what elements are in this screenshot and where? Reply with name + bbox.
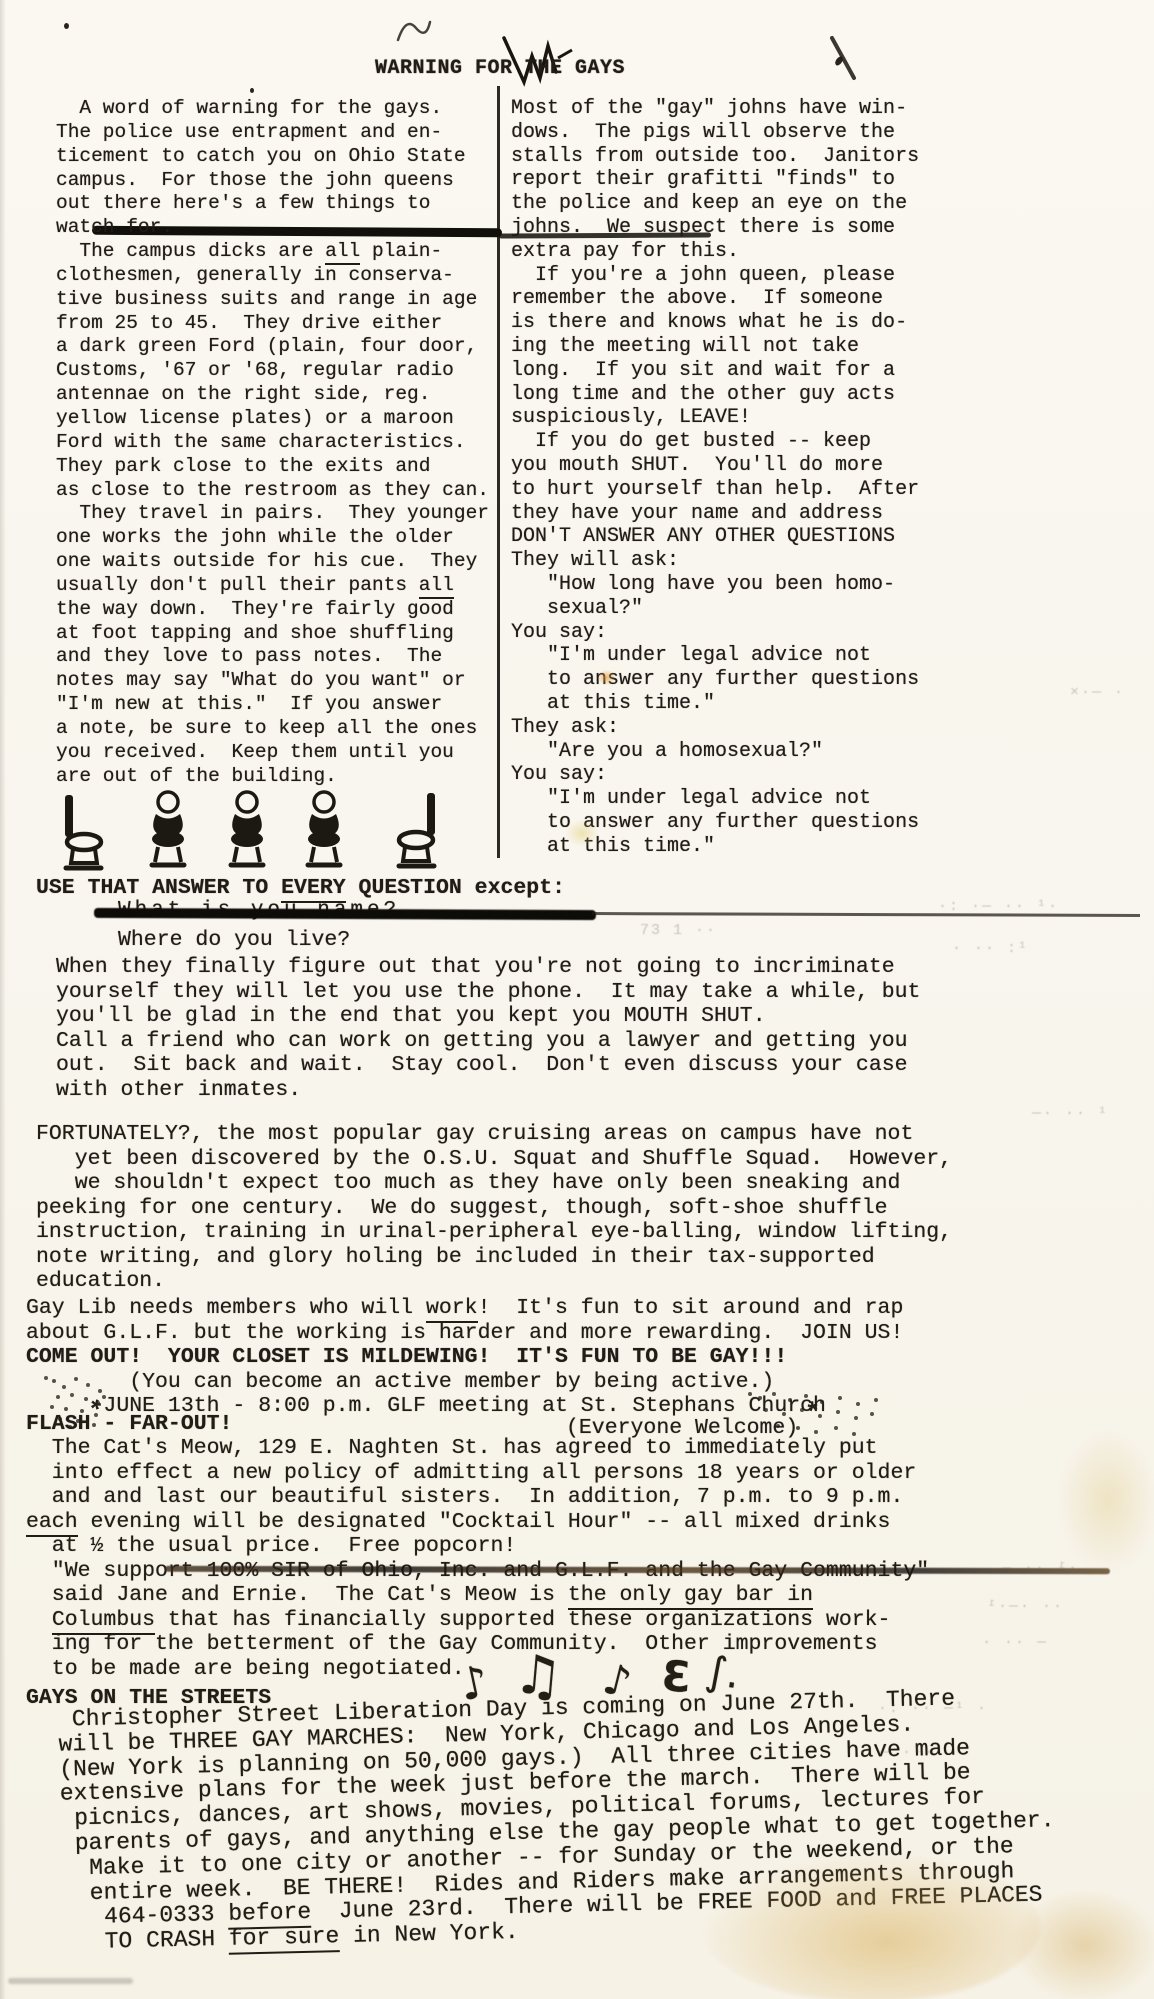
ink-speck [64,23,69,29]
flash-label: FLASH - FAR-OUT! [26,1412,232,1437]
bleed-noise: ·: ·· —¹ · [878,1700,988,1717]
bleed-noise: · — ·¹· [858,1744,935,1761]
page-title: WARNING FOR THE GAYS [375,57,625,80]
curl-squiggle-icon [392,8,432,48]
ink-speck [250,88,254,93]
dot-cluster-doodle [748,1392,752,1396]
bleed-noise: ×·— · [1070,684,1125,701]
christopher-street-paragraph: Christopher Street Liberation Day is com… [44,1684,1057,1956]
toilet-occupied-icon [142,789,194,879]
fortunately-paragraph: FORTUNATELY?, the most popular gay cruis… [36,1122,952,1294]
bleed-noise: — ·· · [980,1634,1046,1651]
use-answer-instruction: USE THAT ANSWER TO EVERY QUESTION except… [36,876,565,901]
bleed-noise: —· ·· ¹ [1032,1105,1109,1122]
bleed-noise: ·· ·—·¹ [985,1598,1062,1615]
scanned-newsletter-page: WARNING FOR THE GAYS A word of warning f… [0,0,1154,1999]
bleed-noise: ·¹ ·· — [1000,1560,1077,1577]
phone-advice-paragraph: When they finally figure out that you're… [56,955,920,1102]
left-column: A word of warning for the gays.The polic… [56,97,506,788]
toilet-occupied-icon [221,789,273,879]
paper-edge-shadow [0,0,6,1999]
bleed-noise: · ·· :¹ [952,940,1029,957]
gay-lib-recruitment-paragraph: Gay Lib needs members who will work! It'… [26,1296,903,1394]
bleed-noise: 73 1 ·· [640,922,717,939]
toilet-empty-icon [58,792,104,880]
pencil-smudge [8,1978,133,1984]
question-where-live: Where do you live? [118,928,350,953]
bleed-noise: ·: ·— ·· ¹· [938,898,1059,915]
dot-cluster-doodle [44,1376,48,1380]
toilet-empty-icon [396,790,442,878]
slash-stroke-icon [826,34,862,86]
right-column: Most of the "gay" johns have win-dows. T… [511,97,1151,859]
yellow-stain [1058,1428,1154,1573]
toilet-occupied-icon [298,789,350,879]
